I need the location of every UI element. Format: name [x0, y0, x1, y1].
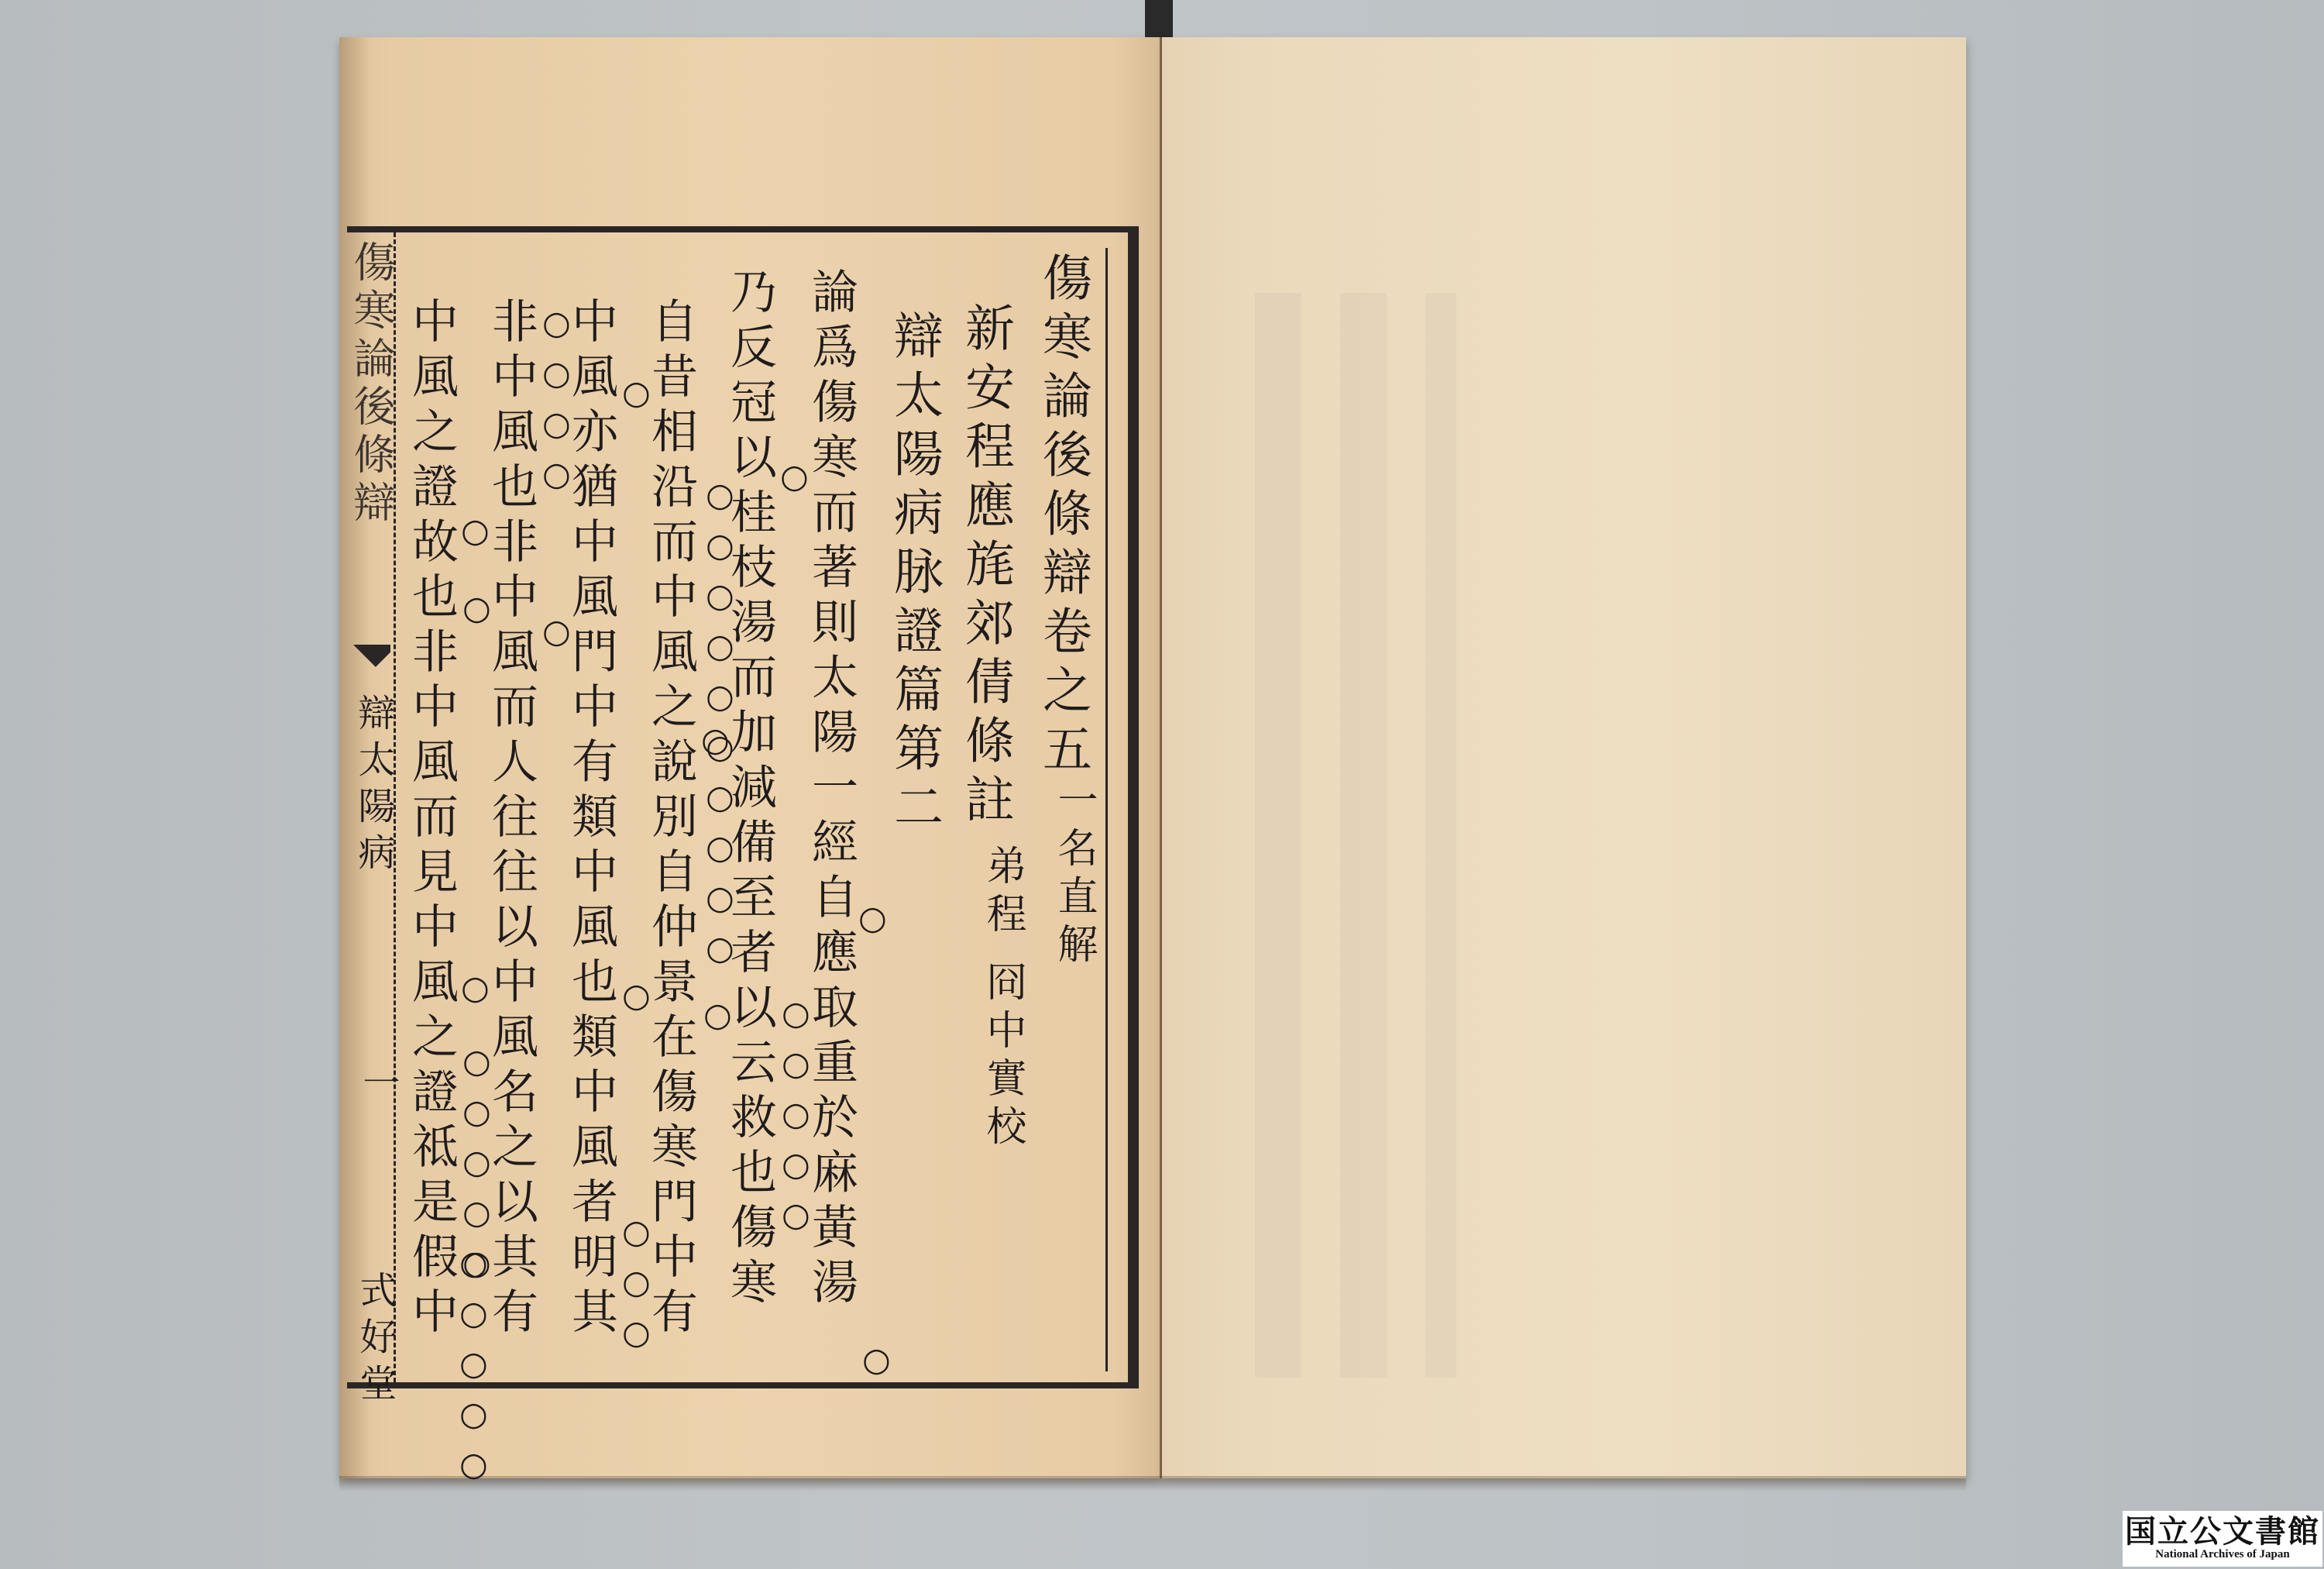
watermark-japanese: 国立公文書館 [2125, 1516, 2320, 1547]
emphasis-circles: ○ [460, 589, 493, 653]
emphasis-circles: ○ [620, 373, 652, 438]
page-bottom-shadow [339, 1476, 1966, 1492]
emphasis-circles: ○ [856, 899, 889, 963]
emphasis-circles: ○ [778, 457, 810, 521]
emphasis-circles: ○○○○○ [779, 994, 812, 1246]
text-line-6: 中風之證故也非中風而見中風之證祗是假中 [408, 297, 455, 1342]
text-line-1: 論爲傷寒而著則太陽一經自應取重於麻黃湯 [808, 267, 854, 1313]
volume-alt-title: 一名直解 [1054, 779, 1094, 971]
emphasis-circles: ○○○○ [540, 304, 572, 505]
emphasis-circles: ○○○○○ [457, 1244, 490, 1495]
emphasis-circles: ○ [459, 969, 491, 1033]
margin-publisher: 式好堂 [356, 1271, 394, 1410]
chapter-heading: 辯太陽病脉證篇第二 [889, 310, 939, 840]
right-page-blank [1162, 37, 1966, 1478]
text-line-3: 自昔相沿而中風之說別自仲景在傷寒門中有 [648, 297, 694, 1342]
margin-page-number: 一 [359, 1063, 397, 1100]
emphasis-circles: ○ [620, 976, 652, 1041]
page-fold [1160, 37, 1162, 1478]
volume-title: 傷寒論後條辯卷之五 [1038, 252, 1088, 782]
archive-watermark: 国立公文書館 National Archives of Japan [2123, 1511, 2322, 1567]
frame-inner-rule [1105, 248, 1108, 1371]
emphasis-circles: ○ [701, 996, 734, 1060]
author-line: 新安程應旄郊倩條註 [961, 302, 1010, 832]
margin-title: 傷寒論後條辯 [350, 240, 392, 528]
bleed-through-text [1255, 293, 1456, 1378]
editor-line-1: 弟程 [982, 845, 1023, 941]
emphasis-circles: ○ [540, 612, 572, 676]
emphasis-circles: ○ [459, 511, 491, 576]
emphasis-circles: ○○○ [620, 1213, 652, 1364]
book-gutter [1145, 0, 1173, 37]
watermark-english: National Archives of Japan [2155, 1547, 2290, 1561]
emphasis-circles: ○ [699, 721, 731, 785]
margin-chapter: 辯太陽病 [355, 693, 392, 879]
emphasis-circles: ○ [860, 1340, 892, 1405]
editor-line-2: 冏中實校 [982, 961, 1023, 1153]
